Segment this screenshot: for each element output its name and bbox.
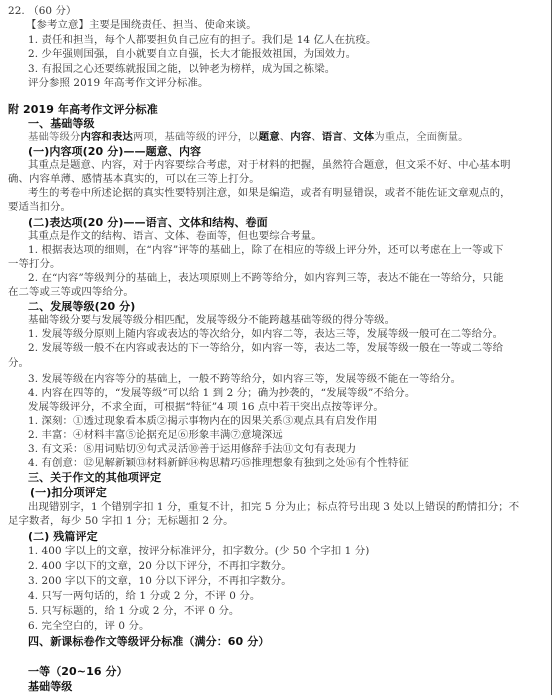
section2-line: 基础等级分要与发展等级分相匹配，发展等级分不能跨越基础等级的得分等级。	[28, 314, 395, 327]
content-item-line: 考生的考卷中所述论据的真实性要特别注意，如果是编造，或者有明显错误，或者不能佐证…	[28, 187, 511, 200]
expression-item-line: 在二等或三等或四等给分。	[8, 286, 134, 299]
grade1-heading: 一等（20~16 分）	[28, 665, 128, 678]
scoring-reference: 评分参照 2019 年高考作文评分标准。	[28, 77, 209, 90]
reference-intent: 【参考立意】主要是围绕责任、担当、使命来谈。	[26, 19, 257, 32]
deduction-line: 出现错别字，1 个错别字扣 1 分，重复不计，扣完 5 分为止；标点符号出现 3…	[28, 501, 519, 514]
section2-line: 分。	[8, 357, 29, 370]
incomplete-heading: (二) 残篇评定	[28, 530, 98, 543]
intent-point-3: 3. 有报国之心还要练就报国之能，以钟老为榜样，成为国之栋梁。	[28, 63, 335, 76]
intro-bold-language: 语言	[322, 131, 343, 143]
section2-line: 4. 内容在四等的，“发展等级”可以给 1 到 2 分；确为抄袭的，“发展等级”…	[28, 387, 415, 400]
feature-creative: 4. 有创意：⑫见解新颖⑬材料新鲜⑭构思精巧⑮推理想象有独到之处⑯有个性特征	[28, 457, 409, 470]
appendix-title: 附 2019 年高考作文评分标准	[8, 103, 158, 116]
intro-bold-style: 文体	[353, 131, 374, 143]
intro-text: 两项，基础等级的评分，以	[133, 131, 259, 143]
incomplete-line: 5. 只写标题的，给 1 分或 2 分，不评 0 分。	[28, 605, 239, 618]
question-number: 22. （60 分）	[8, 5, 77, 18]
page-border-line	[551, 0, 552, 695]
intro-text: 基础等级分	[28, 131, 80, 143]
expression-item-heading: (二)表达项(20 分)——语言、文体和结构、卷面	[28, 216, 268, 229]
feature-rich: 2. 丰富：④材料丰富⑤论据充足⑥形象丰满⑦意境深远	[28, 429, 283, 442]
incomplete-line: 4. 只写一两句话的，给 1 分或 2 分，不评 0 分。	[28, 590, 260, 603]
intro-text: 为重点，全面衡量。	[374, 131, 468, 143]
section2-heading: 二、发展等级(20 分)	[28, 300, 135, 313]
feature-deep: 1. 深刻：①透过现象看本质②揭示事物内在的因果关系③观点具有启发作用	[28, 415, 377, 428]
intro-sep: 、	[280, 131, 291, 143]
document-page: 22. （60 分） 【参考立意】主要是围绕责任、担当、使命来谈。 1. 责任和…	[0, 0, 554, 695]
content-item-heading-b: ——题意、内容	[123, 145, 201, 158]
grade1-subheading: 基础等级	[28, 680, 72, 693]
section2-line: 1. 发展等级分原则上随内容或表达的等次给分，如内容二等，表达三等，发展等级一般…	[28, 328, 503, 341]
content-item-heading-a: (一)内容项(20 分)	[28, 145, 123, 158]
intro-bold-content-expression: 内容和表达	[80, 131, 132, 143]
incomplete-line: 6. 完全空白的，评 0 分。	[28, 620, 149, 633]
intro-bold-content: 内容	[290, 131, 311, 143]
intent-point-1: 1. 责任和担当，每个人都要担负自己应有的担子。我们是 14 亿人在抗疫。	[28, 34, 376, 47]
content-item-line: 其重点是题意、内容，对于内容要综合考虑，对于材料的把握，虽然符合题意，但文采不好…	[28, 159, 511, 172]
incomplete-line: 1. 400 字以上的文章，按评分标准评分，扣字数分。(少 50 个字扣 1 分…	[28, 545, 369, 558]
intro-bold-theme: 题意	[259, 131, 280, 143]
section1-heading: 一、基础等级	[28, 117, 95, 130]
incomplete-line: 3. 200 字以下的文章，10 分以下评分，不再扣字数分。	[28, 575, 292, 588]
feature-literary: 3. 有文采：⑧用词贴切⑨句式灵活⑩善于运用修辞手法⑪文句有表现力	[28, 443, 356, 456]
section4-heading: 四、新课标卷作文等级评分标准（满分：60 分）	[28, 635, 269, 648]
deduction-heading: (一)扣分项评定	[30, 486, 107, 499]
intent-point-2: 2. 少年强则国强，自小就要自立自强，长大才能报效祖国，为国效力。	[28, 48, 356, 61]
expression-item-line: 1. 根据表达项的细则，在“内容”评等的基础上，除了在相应的等级上评分外，还可以…	[28, 244, 503, 257]
intro-sep: 、	[311, 131, 322, 143]
expression-item-line: 2. 在“内容”等级判分的基础上，表达项原则上不跨等给分，如内容判三等，表达不能…	[28, 272, 503, 285]
expression-item-line: 其重点是作文的结构、语言、文体、卷面等，但也要综合考量。	[28, 230, 322, 243]
section1-intro: 基础等级分内容和表达两项，基础等级的评分，以题意、内容、语言、文体为重点，全面衡…	[28, 131, 469, 144]
content-item-line: 确、内容单薄、感情基本真实的，可以在三等上打分。	[8, 173, 260, 186]
section2-line: 2. 发展等级一般不在内容或表达的下一等给分，如内容一等，表达二等，发展等级一般…	[28, 342, 503, 355]
intro-sep: 、	[343, 131, 354, 143]
content-item-heading: (一)内容项(20 分)——题意、内容	[28, 145, 201, 158]
expression-item-line: 一等打分。	[8, 258, 60, 271]
section2-line: 发展等级评分，不求全面，可根据“特征”4 项 16 点中若干突出点按等评分。	[28, 401, 384, 414]
section2-line: 3. 发展等级在内容等分的基础上，一般不跨等给分，如内容三等，发展等级不能在一等…	[28, 373, 461, 386]
section3-heading: 三、关于作文的其他项评定	[28, 471, 161, 484]
deduction-line: 足字数者，每少 50 字扣 1 分；无标题扣 2 分。	[8, 515, 234, 528]
content-item-line: 要适当扣分。	[8, 201, 71, 214]
incomplete-line: 2. 400 字以下的文章，20 分以下评分，不再扣字数分。	[28, 560, 292, 573]
